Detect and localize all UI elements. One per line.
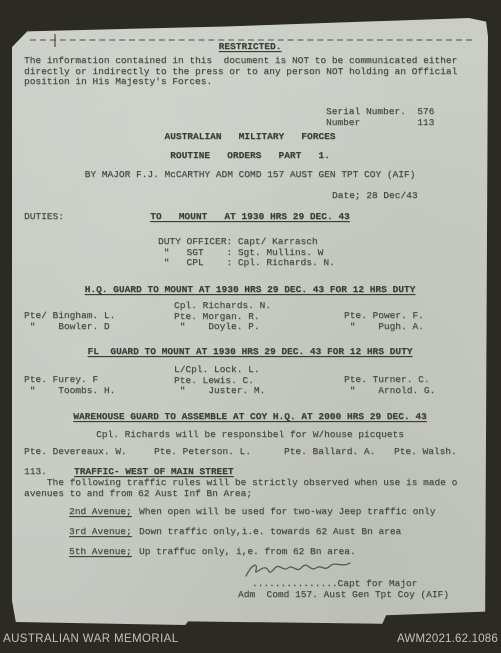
classification-stamp: RESTRICTED. [12, 42, 488, 53]
guard-name: Pte. Peterson. L. [154, 447, 251, 458]
duty-officer-line: DUTY OFFICER: Capt/ Karrasch [158, 237, 335, 248]
guard-name: " Toombs. H. [24, 386, 115, 397]
guard-name: " Arnold. G. [344, 386, 435, 397]
archive-name: AUSTRALIAN WAR MEMORIAL [3, 632, 179, 646]
guard-name: " Doyle. P. [174, 322, 271, 333]
duty-officer-block: DUTY OFFICER: Capt/ Karrasch " SGT : Sgt… [158, 237, 335, 269]
avenue-rule-text: When open will be used for two-way Jeep … [139, 507, 435, 518]
fl-guard-column: Pte. Furey. F " Toombs. H. [24, 375, 115, 396]
guard-name: Pte. Turner. C. [344, 375, 435, 386]
avenue-rule-text: Down traffic only,i.e. towards 62 Aust B… [139, 527, 401, 538]
traffic-paragraph-line: The following traffic rules will be stri… [24, 478, 457, 489]
hq-guard-column: Pte/ Bingham. L. " Bowler. D [24, 311, 115, 332]
warehouse-guard-names: Pte. Devereaux. W. Pte. Peterson. L. Pte… [12, 447, 488, 459]
traffic-heading: TRAFFIC- WEST OF MAIN STREET [74, 467, 234, 478]
guard-name: Pte. Power. F. [344, 311, 424, 322]
hq-guard-column: Pte. Power. F. " Pugh. A. [344, 311, 424, 332]
traffic-item-number: 113. [24, 467, 47, 478]
hq-guard-column: Cpl. Richards. N. Pte. Morgan. R. " Doyl… [174, 301, 271, 333]
guard-name: Pte. Furey. F [24, 375, 115, 386]
signature-rank-line: ...............Capt for Major [252, 579, 417, 590]
notice-line: position in His Majesty's Forces. [24, 77, 476, 88]
security-notice: The information contained in this docume… [24, 56, 476, 88]
hq-guard-heading: H.Q. GUARD TO MOUNT AT 1930 HRS 29 DEC. … [12, 285, 488, 296]
duty-officer-line: " CPL : Cpl. Richards. N. [158, 258, 335, 269]
document-page: RESTRICTED. The information contained in… [12, 18, 488, 625]
warehouse-guard-heading: WAREHOUSE GUARD TO ASSEMBLE AT COY H.Q. … [12, 412, 488, 423]
scan-backdrop: RESTRICTED. The information contained in… [0, 0, 501, 653]
signature-unit-line: Adm Comd 157. Aust Gen Tpt Coy (AIF) [238, 590, 449, 601]
avenue-label: 5th Avenue; [69, 547, 132, 558]
guard-name: Pte. Devereaux. W. [24, 447, 127, 458]
fl-guard-column: L/Cpl. Lock. L. Pte. Lewis. C. " Juster.… [174, 365, 265, 397]
guard-name: " Pugh. A. [344, 322, 424, 333]
guard-name: " Juster. M. [174, 386, 265, 397]
traffic-paragraph: The following traffic rules will be stri… [24, 478, 457, 499]
date-line: Date; 28 Dec/43 [332, 191, 418, 202]
fl-guard-heading: FL GUARD TO MOUNT AT 1930 HRS 29 DEC. 43… [12, 347, 488, 358]
mount-heading: TO MOUNT AT 1930 HRS 29 DEC. 43 [12, 212, 488, 223]
guard-name: Pte. Ballard. A. [284, 447, 375, 458]
avenue-label: 3rd Avenue; [69, 527, 132, 538]
serial-block: Serial Number. 576 Number 113 [326, 107, 434, 128]
catalog-number: AWM2021.62.1086 [397, 632, 498, 646]
guard-name: Pte/ Bingham. L. [24, 311, 115, 322]
guard-name: Pte. Walsh. [394, 447, 457, 458]
avenue-label: 2nd Avenue; [69, 507, 132, 518]
issuing-authority: BY MAJOR F.J. McCARTHY ADM COMD 157 AUST… [12, 170, 488, 181]
guard-name: Cpl. Richards. N. [174, 301, 271, 312]
document-title: ROUTINE ORDERS PART 1. [12, 151, 488, 162]
serial-number-line: Serial Number. 576 [326, 107, 434, 118]
traffic-paragraph-line: avenues to and from 62 Aust Inf Bn Area; [24, 489, 457, 500]
warehouse-note: Cpl. Richards will be responsibel for W/… [12, 430, 488, 441]
fl-guard-column: Pte. Turner. C. " Arnold. G. [344, 375, 435, 396]
order-number-line: Number 113 [326, 118, 434, 129]
org-title: AUSTRALIAN MILITARY FORCES [12, 132, 488, 143]
guard-name: L/Cpl. Lock. L. [174, 365, 265, 376]
notice-line: The information contained in this docume… [24, 56, 476, 67]
guard-name: " Bowler. D [24, 322, 115, 333]
